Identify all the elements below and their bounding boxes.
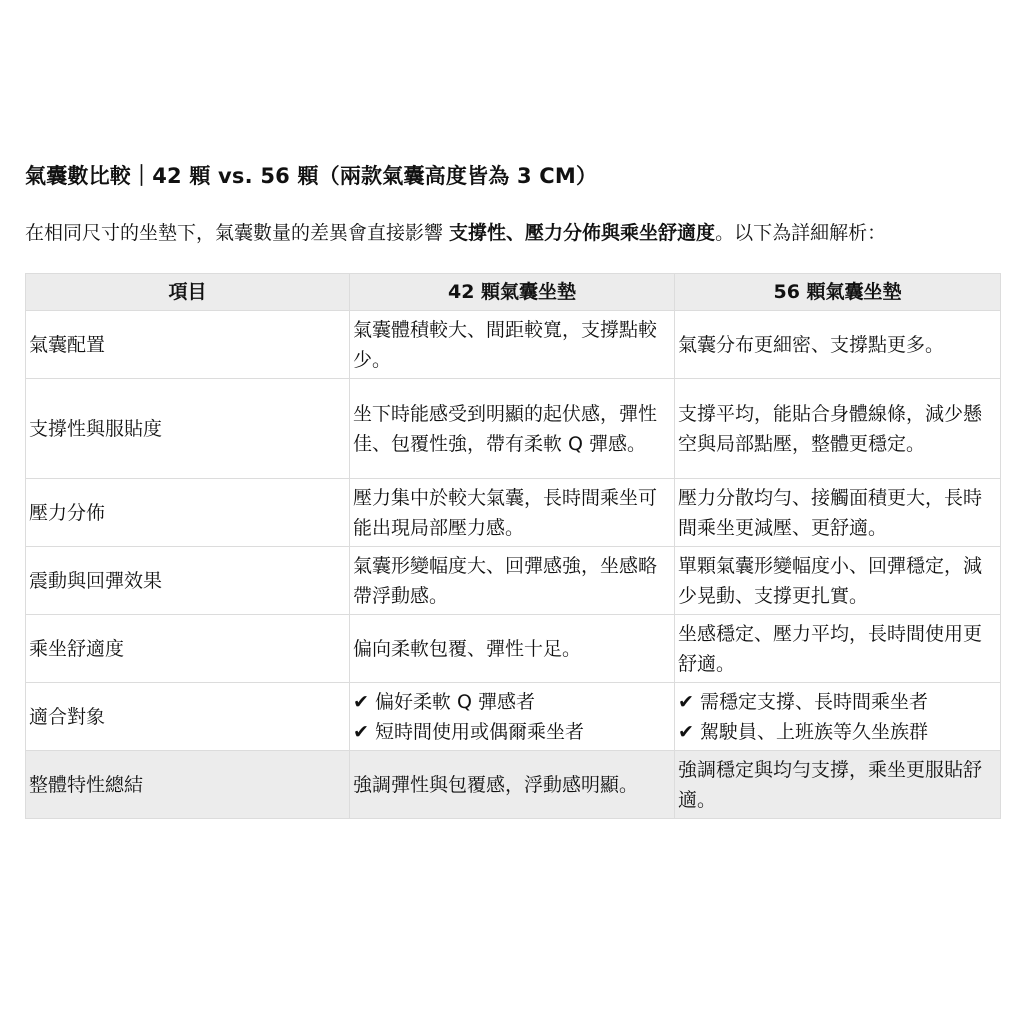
row-label: 震動與回彈效果 xyxy=(26,547,350,615)
intro-bold: 支撐性、壓力分佈與乘坐舒適度 xyxy=(449,222,715,244)
page-title: 氣囊數比較｜42 顆 vs. 56 顆（兩款氣囊高度皆為 3 CM） xyxy=(25,158,1000,194)
cell-42: 壓力集中於較大氣囊，長時間乘坐可能出現局部壓力感。 xyxy=(350,479,675,547)
cell-56: 強調穩定與均勻支撐，乘坐更服貼舒適。 xyxy=(675,751,1001,819)
row-label: 支撐性與服貼度 xyxy=(26,379,350,479)
table-header-row: 項目 42 顆氣囊坐墊 56 顆氣囊坐墊 xyxy=(26,274,1001,311)
table-row-summary: 整體特性總結 強調彈性與包覆感，浮動感明顯。 強調穩定與均勻支撐，乘坐更服貼舒適… xyxy=(26,751,1001,819)
check-item: ✔ 短時間使用或偶爾乘坐者 xyxy=(353,717,671,747)
cell-56: ✔ 需穩定支撐、長時間乘坐者 ✔ 駕駛員、上班族等久坐族群 xyxy=(675,683,1001,751)
cell-42: 強調彈性與包覆感，浮動感明顯。 xyxy=(350,751,675,819)
intro-suffix: 。以下為詳細解析： xyxy=(715,222,886,244)
cell-56: 單顆氣囊形變幅度小、回彈穩定，減少晃動、支撐更扎實。 xyxy=(675,547,1001,615)
cell-56: 支撐平均，能貼合身體線條，減少懸空與局部點壓，整體更穩定。 xyxy=(675,379,1001,479)
table-row: 氣囊配置 氣囊體積較大、間距較寬，支撐點較少。 氣囊分布更細密、支撐點更多。 xyxy=(26,311,1001,379)
row-label: 整體特性總結 xyxy=(26,751,350,819)
check-item: ✔ 駕駛員、上班族等久坐族群 xyxy=(678,717,997,747)
check-item: ✔ 偏好柔軟 Q 彈感者 xyxy=(353,687,671,717)
table-row: 適合對象 ✔ 偏好柔軟 Q 彈感者 ✔ 短時間使用或偶爾乘坐者 ✔ 需穩定支撐、… xyxy=(26,683,1001,751)
row-label: 壓力分佈 xyxy=(26,479,350,547)
header-56: 56 顆氣囊坐墊 xyxy=(675,274,1001,311)
header-42: 42 顆氣囊坐墊 xyxy=(350,274,675,311)
table-row: 支撐性與服貼度 坐下時能感受到明顯的起伏感，彈性佳、包覆性強，帶有柔軟 Q 彈感… xyxy=(26,379,1001,479)
document: 氣囊數比較｜42 顆 vs. 56 顆（兩款氣囊高度皆為 3 CM） 在相同尺寸… xyxy=(25,158,1000,819)
cell-42: ✔ 偏好柔軟 Q 彈感者 ✔ 短時間使用或偶爾乘坐者 xyxy=(350,683,675,751)
cell-56: 坐感穩定、壓力平均，長時間使用更舒適。 xyxy=(675,615,1001,683)
table-row: 乘坐舒適度 偏向柔軟包覆、彈性十足。 坐感穩定、壓力平均，長時間使用更舒適。 xyxy=(26,615,1001,683)
header-item: 項目 xyxy=(26,274,350,311)
cell-42: 偏向柔軟包覆、彈性十足。 xyxy=(350,615,675,683)
intro-prefix: 在相同尺寸的坐墊下，氣囊數量的差異會直接影響 xyxy=(25,222,449,244)
table-row: 震動與回彈效果 氣囊形變幅度大、回彈感強，坐感略帶浮動感。 單顆氣囊形變幅度小、… xyxy=(26,547,1001,615)
intro-paragraph: 在相同尺寸的坐墊下，氣囊數量的差異會直接影響 支撐性、壓力分佈與乘坐舒適度。以下… xyxy=(25,218,1000,249)
cell-56: 氣囊分布更細密、支撐點更多。 xyxy=(675,311,1001,379)
row-label: 氣囊配置 xyxy=(26,311,350,379)
cell-56: 壓力分散均勻、接觸面積更大，長時間乘坐更減壓、更舒適。 xyxy=(675,479,1001,547)
check-item: ✔ 需穩定支撐、長時間乘坐者 xyxy=(678,687,997,717)
cell-42: 氣囊體積較大、間距較寬，支撐點較少。 xyxy=(350,311,675,379)
cell-42: 氣囊形變幅度大、回彈感強，坐感略帶浮動感。 xyxy=(350,547,675,615)
table-row: 壓力分佈 壓力集中於較大氣囊，長時間乘坐可能出現局部壓力感。 壓力分散均勻、接觸… xyxy=(26,479,1001,547)
cell-42: 坐下時能感受到明顯的起伏感，彈性佳、包覆性強，帶有柔軟 Q 彈感。 xyxy=(350,379,675,479)
row-label: 乘坐舒適度 xyxy=(26,615,350,683)
comparison-table: 項目 42 顆氣囊坐墊 56 顆氣囊坐墊 氣囊配置 氣囊體積較大、間距較寬，支撐… xyxy=(25,273,1001,819)
row-label: 適合對象 xyxy=(26,683,350,751)
